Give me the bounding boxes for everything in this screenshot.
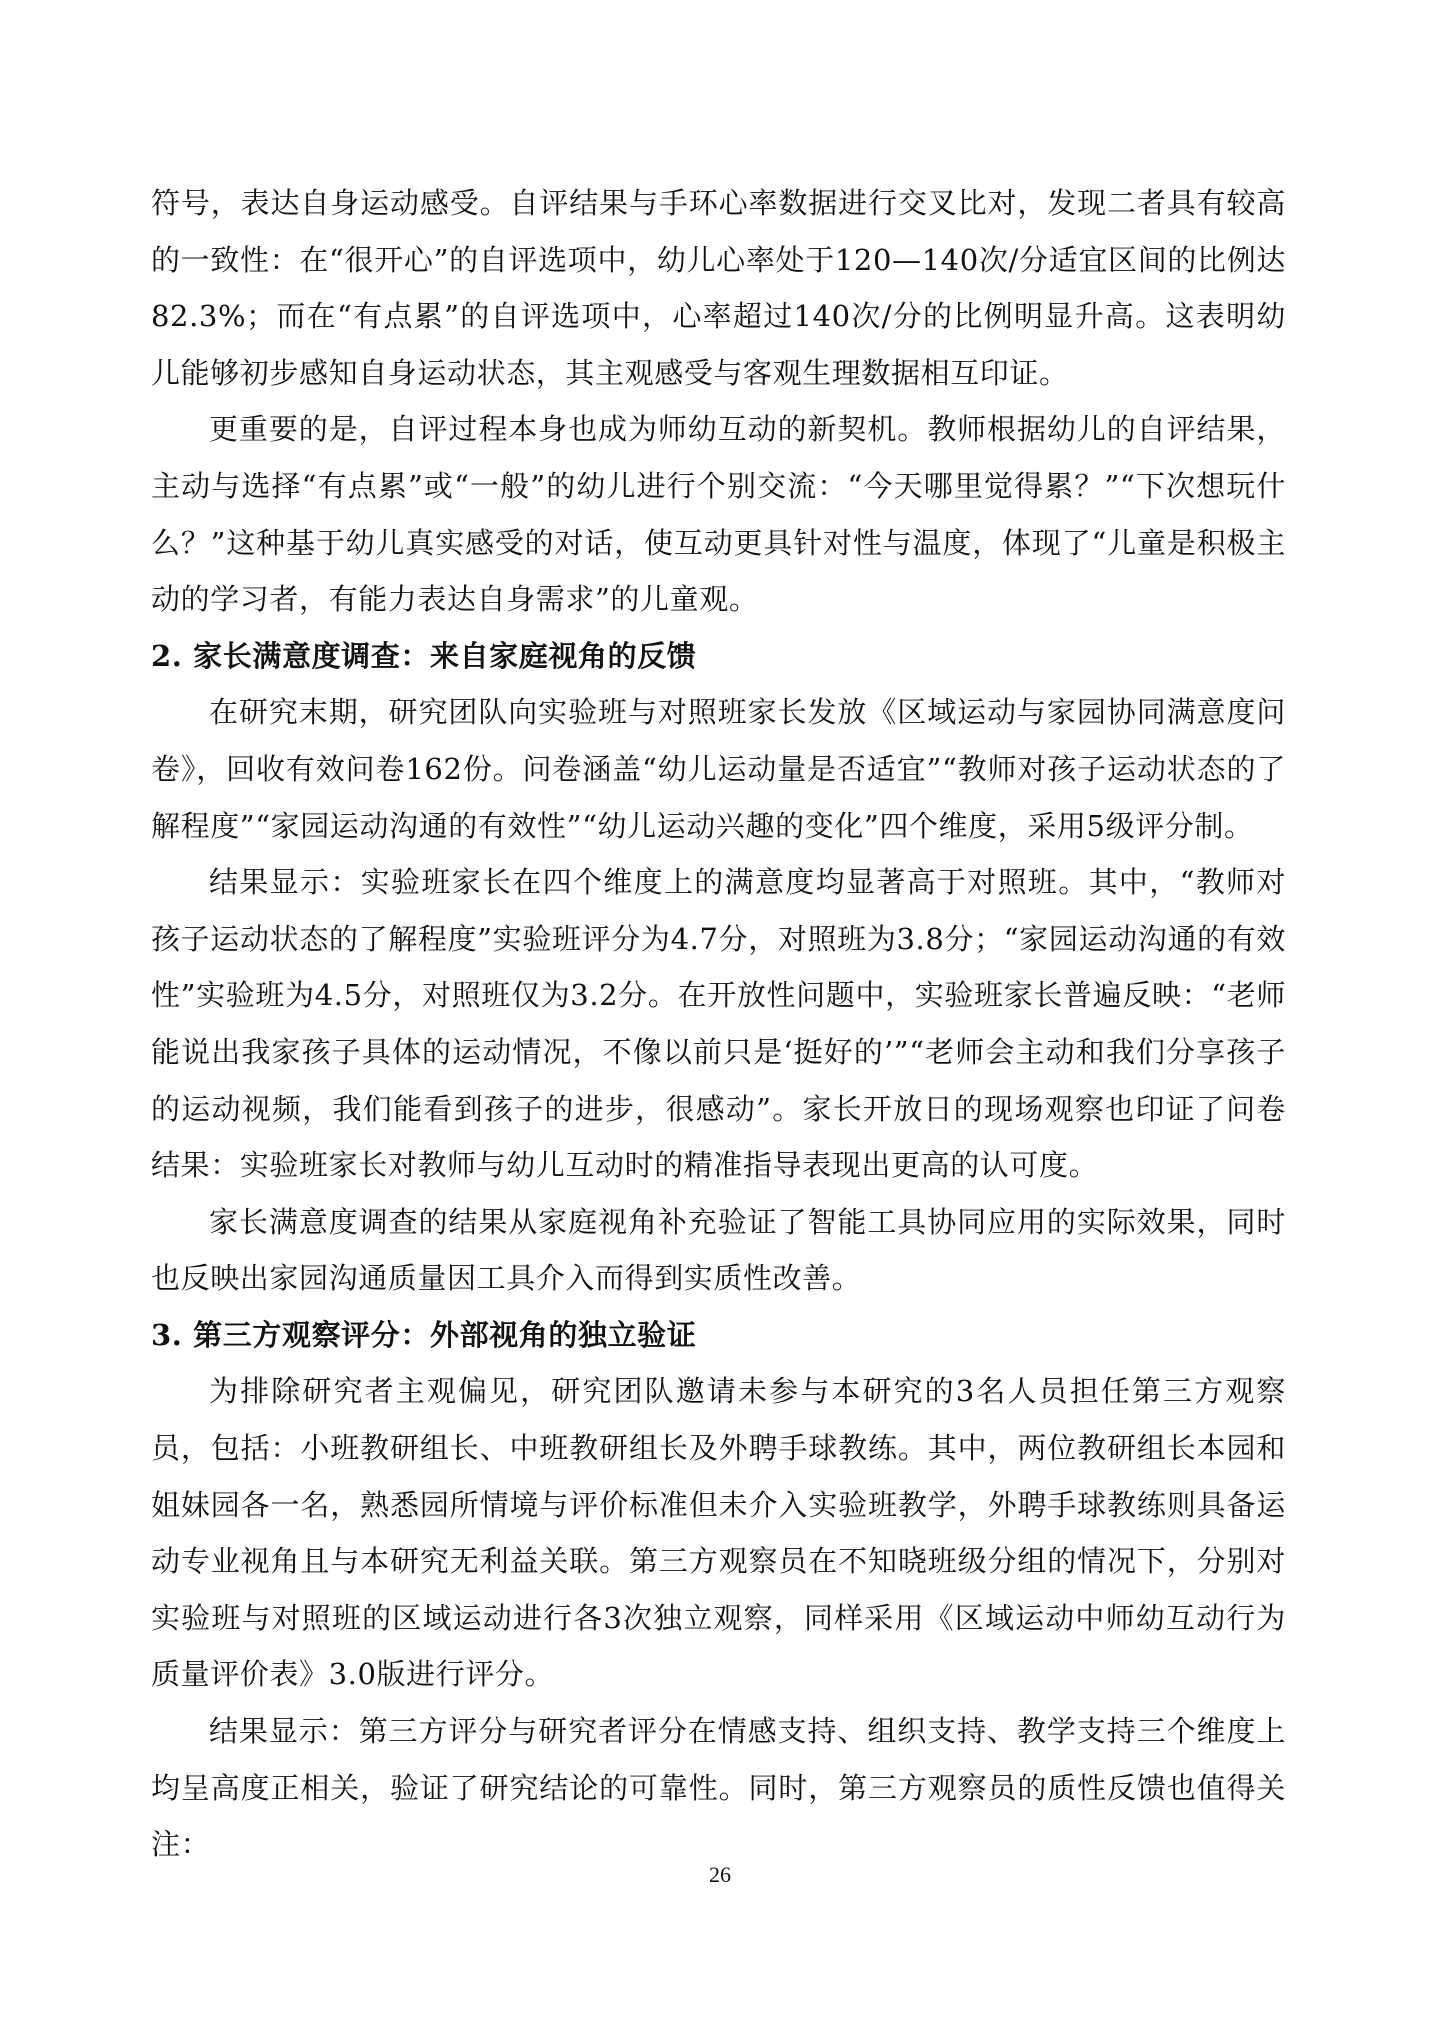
section-heading-parent-survey: 2. 家长满意度调查：来自家庭视角的反馈 — [151, 628, 1286, 685]
paragraph-self-evaluation-consistency: 符号，表达自身运动感受。自评结果与手环心率数据进行交叉比对，发现二者具有较高的一… — [151, 175, 1286, 401]
paragraph-observation-results: 结果显示：第三方评分与研究者评分在情感支持、组织支持、教学支持三个维度上均呈高度… — [151, 1703, 1286, 1873]
paragraph-observation-method: 为排除研究者主观偏见，研究团队邀请未参与本研究的3名人员担任第三方观察员，包括：… — [151, 1363, 1286, 1703]
paragraph-survey-method: 在研究末期，研究团队向实验班与对照班家长发放《区域运动与家园协同满意度问卷》，回… — [151, 684, 1286, 854]
page-number: 26 — [0, 1862, 1440, 1888]
paragraph-survey-conclusion: 家长满意度调查的结果从家庭视角补充验证了智能工具协同应用的实际效果，同时也反映出… — [151, 1194, 1286, 1307]
paragraph-self-evaluation-interaction: 更重要的是，自评过程本身也成为师幼互动的新契机。教师根据幼儿的自评结果，主动与选… — [151, 401, 1286, 627]
paragraph-survey-results: 结果显示：实验班家长在四个维度上的满意度均显著高于对照班。其中，“教师对孩子运动… — [151, 854, 1286, 1194]
document-page: 符号，表达自身运动感受。自评结果与手环心率数据进行交叉比对，发现二者具有较高的一… — [0, 0, 1440, 2036]
section-heading-third-party-observation: 3. 第三方观察评分：外部视角的独立验证 — [151, 1307, 1286, 1364]
page-body: 符号，表达自身运动感受。自评结果与手环心率数据进行交叉比对，发现二者具有较高的一… — [151, 175, 1286, 1873]
